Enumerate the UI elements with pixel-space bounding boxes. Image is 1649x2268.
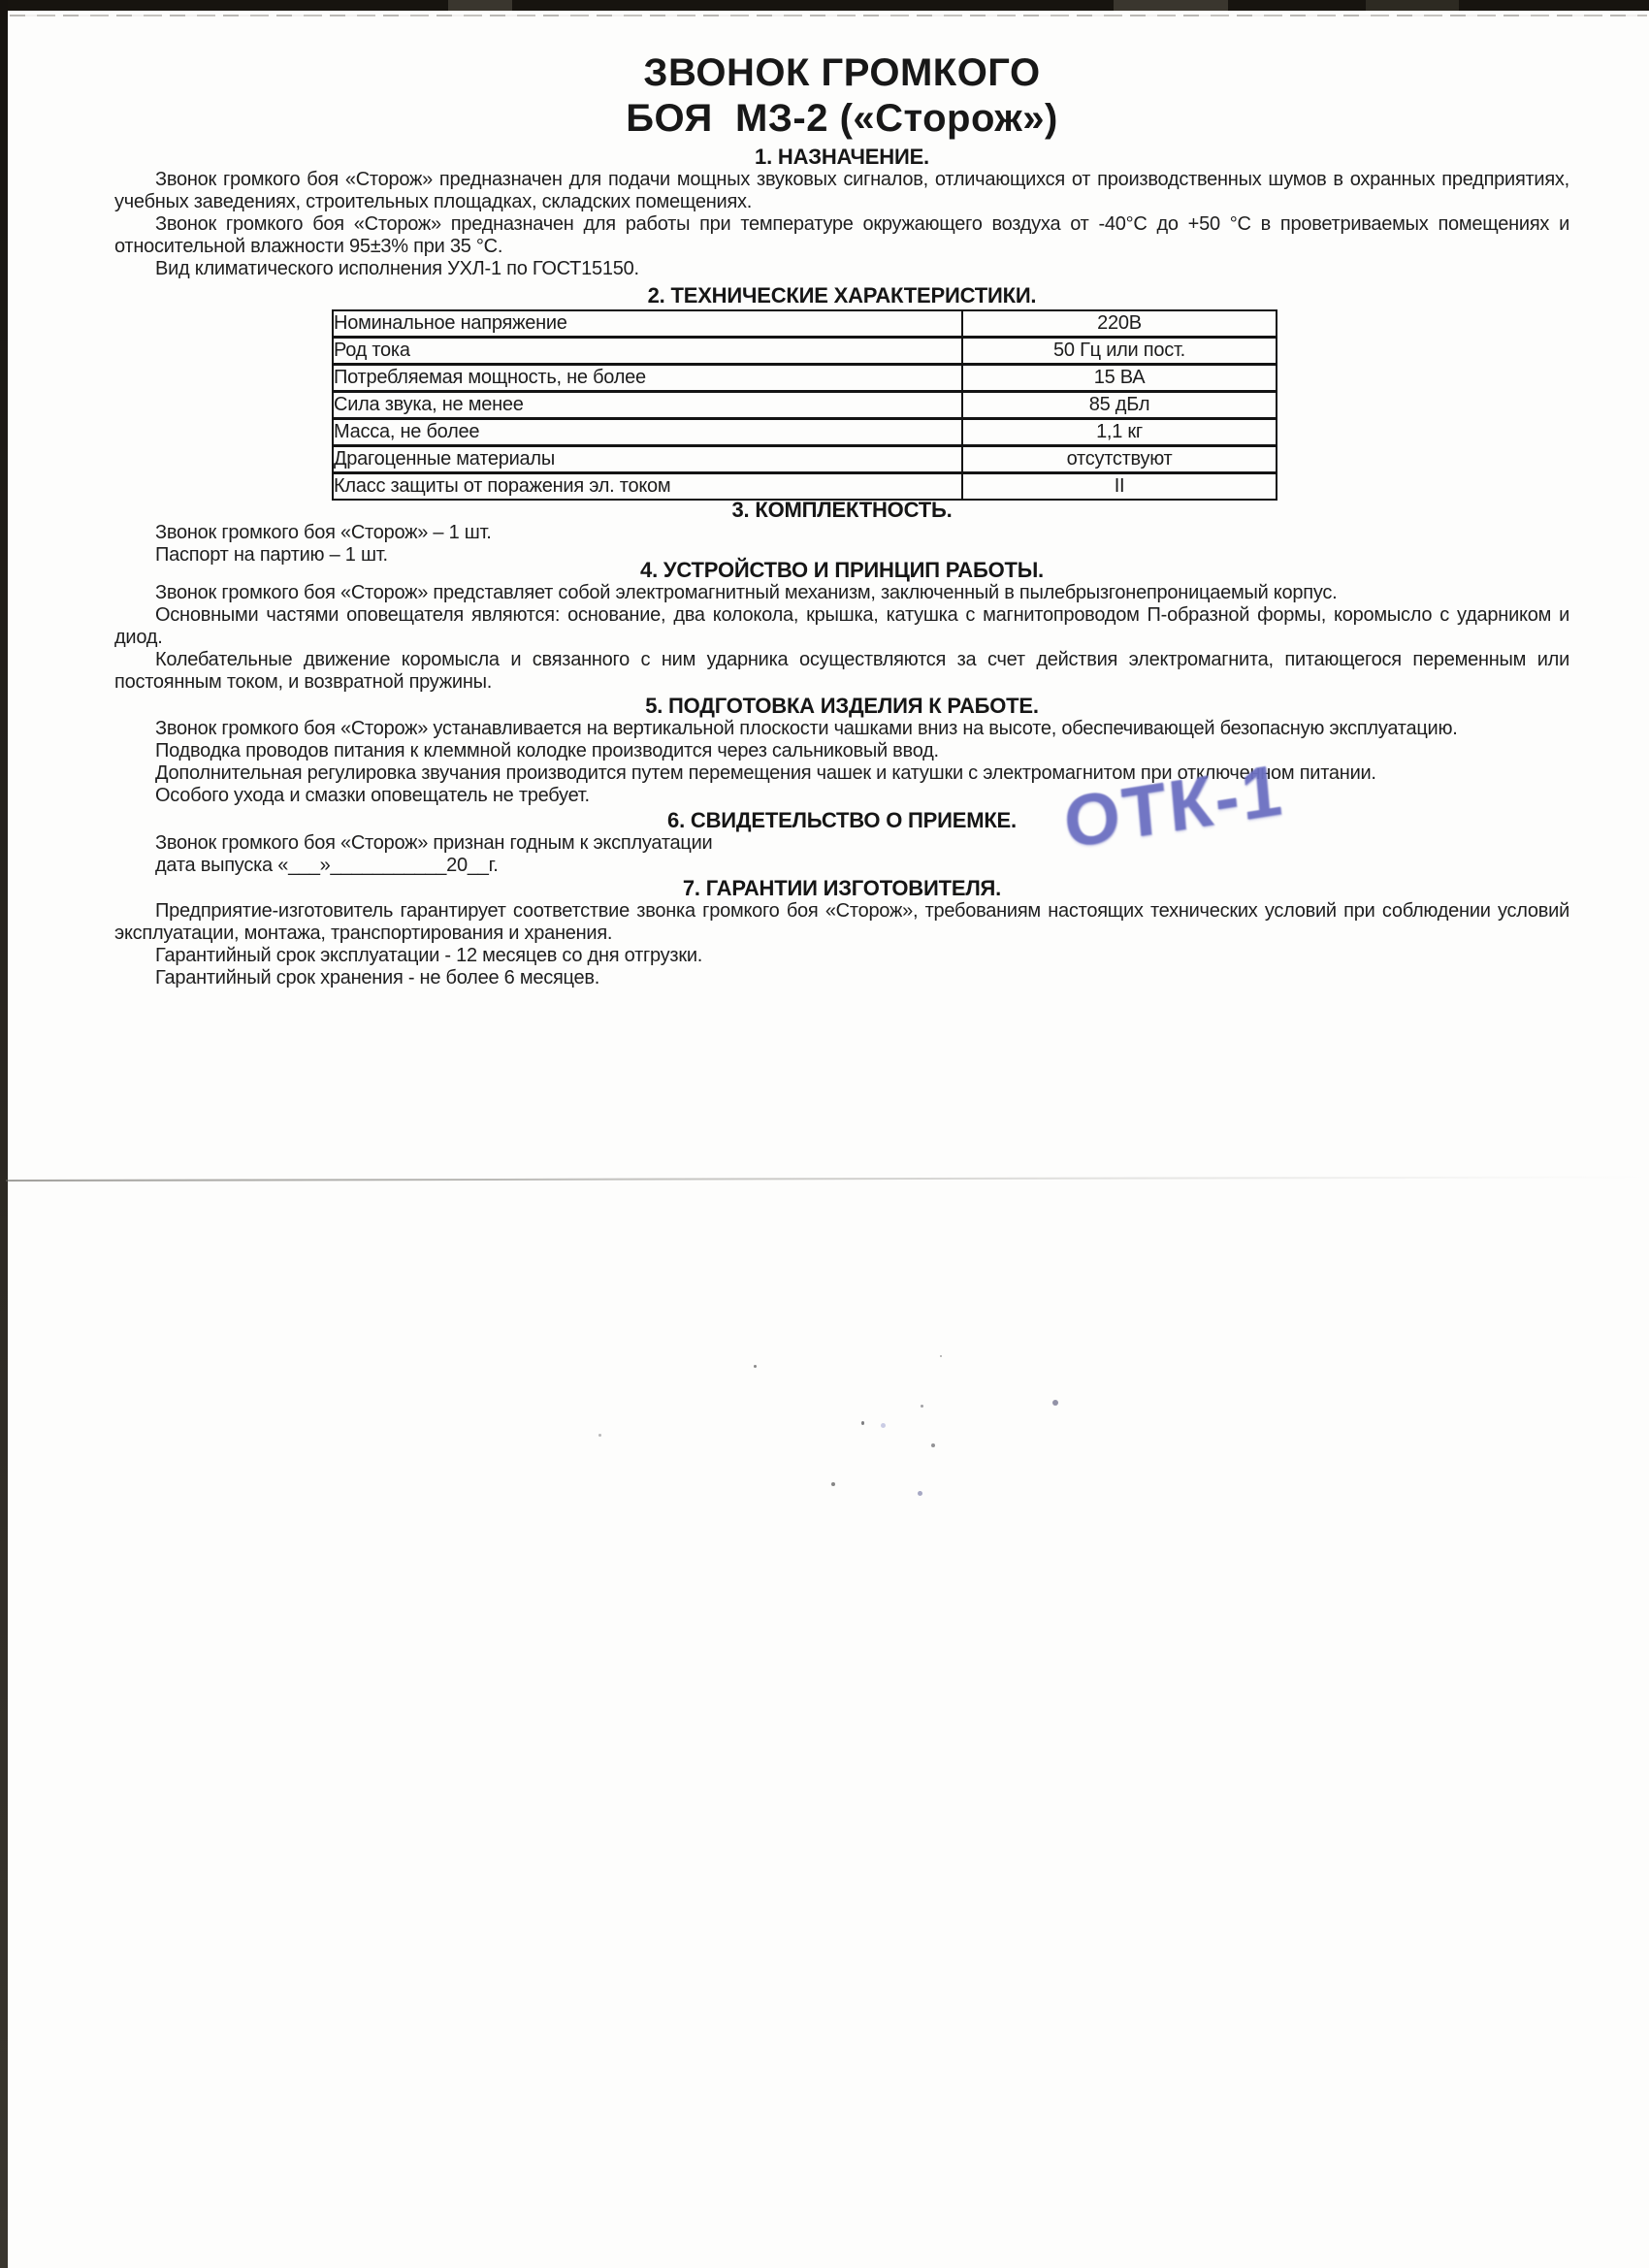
page-title: ЗВОНОК ГРОМКОГОБОЯ МЗ-2 («Сторож») [114,50,1569,142]
table-row: Класс защиты от поражения эл. током II [333,473,1277,501]
section-7-heading: 7. ГАРАНТИИ ИЗГОТОВИТЕЛЯ. [114,877,1569,900]
dust-speck [921,1405,923,1408]
row-label: Масса, не более [333,419,962,446]
fold-crease-line [6,1176,1649,1182]
section-1-heading: 1. НАЗНАЧЕНИЕ. [114,146,1569,169]
section-6-block: 6. СВИДЕТЕЛЬСТВО О ПРИЕМКЕ. Звонок громк… [114,809,1569,877]
section-6-heading: 6. СВИДЕТЕЛЬСТВО О ПРИЕМКЕ. [114,809,1569,832]
section-5-heading: 5. ПОДГОТОВКА ИЗДЕЛИЯ К РАБОТЕ. [114,695,1569,718]
scan-edge-notch [448,0,512,11]
section-5-paragraph-3: Дополнительная регулировка звучания прои… [114,762,1569,785]
section-7-paragraph-3: Гарантийный срок хранения - не более 6 м… [114,967,1569,989]
row-value: 50 Гц или пост. [962,338,1277,365]
dust-speck [598,1434,601,1437]
section-2-heading: 2. ТЕХНИЧЕСКИЕ ХАРАКТЕРИСТИКИ. [114,284,1569,308]
page-title-line1: ЗВОНОК ГРОМКОГО [643,51,1040,94]
section-7-paragraph-2: Гарантийный срок эксплуатации - 12 месяц… [114,945,1569,967]
scan-noise-line [10,15,1647,16]
row-value: 220В [962,310,1277,338]
dust-speck [831,1482,835,1486]
section-3-item-1: Звонок громкого боя «Сторож» – 1 шт. [114,522,1569,544]
section-3-block: 3. КОМПЛЕКТНОСТЬ. Звонок громкого боя «С… [114,499,1569,567]
section-5-block: 5. ПОДГОТОВКА ИЗДЕЛИЯ К РАБОТЕ. Звонок г… [114,695,1569,807]
scan-edge-top [0,0,1649,11]
row-label: Номинальное напряжение [333,310,962,338]
section-3-heading: 3. КОМПЛЕКТНОСТЬ. [114,499,1569,522]
section-1-paragraph-1: Звонок громкого боя «Сторож» предназначе… [114,169,1569,213]
section-5-paragraph-2: Подводка проводов питания к клеммной кол… [114,740,1569,762]
dust-speck [940,1355,942,1357]
table-row: Род тока 50 Гц или пост. [333,338,1277,365]
scanned-document-page: { "title": { "line1": "ЗВОНОК ГРОМКОГО",… [0,0,1649,2268]
section-4-heading: 4. УСТРОЙСТВО И ПРИНЦИП РАБОТЫ. [114,559,1569,582]
spec-table: Номинальное напряжение 220В Род тока 50 … [332,309,1277,501]
section-4-block: 4. УСТРОЙСТВО И ПРИНЦИП РАБОТЫ. Звонок г… [114,559,1569,694]
dust-speck [918,1491,922,1496]
scan-edge-notch [1366,0,1459,11]
section-7-block: 7. ГАРАНТИИ ИЗГОТОВИТЕЛЯ. Предприятие-из… [114,877,1569,989]
scan-edge-notch [1114,0,1228,11]
row-label: Драгоценные материалы [333,446,962,473]
section-5-paragraph-1: Звонок громкого боя «Сторож» устанавлива… [114,718,1569,740]
dust-speck [861,1421,864,1425]
section-1-paragraph-3: Вид климатического исполнения УХЛ-1 по Г… [114,258,1569,280]
table-row: Масса, не более 1,1 кг [333,419,1277,446]
section-4-paragraph-3: Колебательные движение коромысла и связа… [114,649,1569,694]
section-4-paragraph-2: Основными частями оповещателя являются: … [114,604,1569,649]
table-row: Номинальное напряжение 220В [333,310,1277,338]
dust-speck [931,1443,935,1447]
row-value: 1,1 кг [962,419,1277,446]
table-row: Драгоценные материалы отсутствуют [333,446,1277,473]
row-value: II [962,473,1277,501]
row-label: Сила звука, не менее [333,392,962,419]
document-header-block: ЗВОНОК ГРОМКОГОБОЯ МЗ-2 («Сторож») 1. НА… [114,50,1569,501]
section-6-date-line: дата выпуска «___»___________20__г. [114,855,1569,877]
dust-speck [754,1365,757,1368]
row-value: 85 дБл [962,392,1277,419]
row-label: Род тока [333,338,962,365]
section-7-paragraph-1: Предприятие-изготовитель гарантирует соо… [114,900,1569,945]
row-value: 15 ВА [962,365,1277,392]
table-row: Потребляемая мощность, не более 15 ВА [333,365,1277,392]
row-label: Класс защиты от поражения эл. током [333,473,962,501]
row-value: отсутствуют [962,446,1277,473]
section-1-paragraph-2: Звонок громкого боя «Сторож» предназначе… [114,213,1569,258]
dust-speck [881,1423,886,1428]
table-row: Сила звука, не менее 85 дБл [333,392,1277,419]
row-label: Потребляемая мощность, не более [333,365,962,392]
scan-edge-left [0,0,8,2268]
dust-speck [1052,1400,1058,1406]
section-6-paragraph-1: Звонок громкого боя «Сторож» признан год… [114,832,1569,855]
page-title-line2: БОЯ МЗ-2 («Сторож») [626,97,1058,140]
section-5-paragraph-4: Особого ухода и смазки оповещатель не тр… [114,785,1569,807]
section-4-paragraph-1: Звонок громкого боя «Сторож» представляе… [114,582,1569,604]
